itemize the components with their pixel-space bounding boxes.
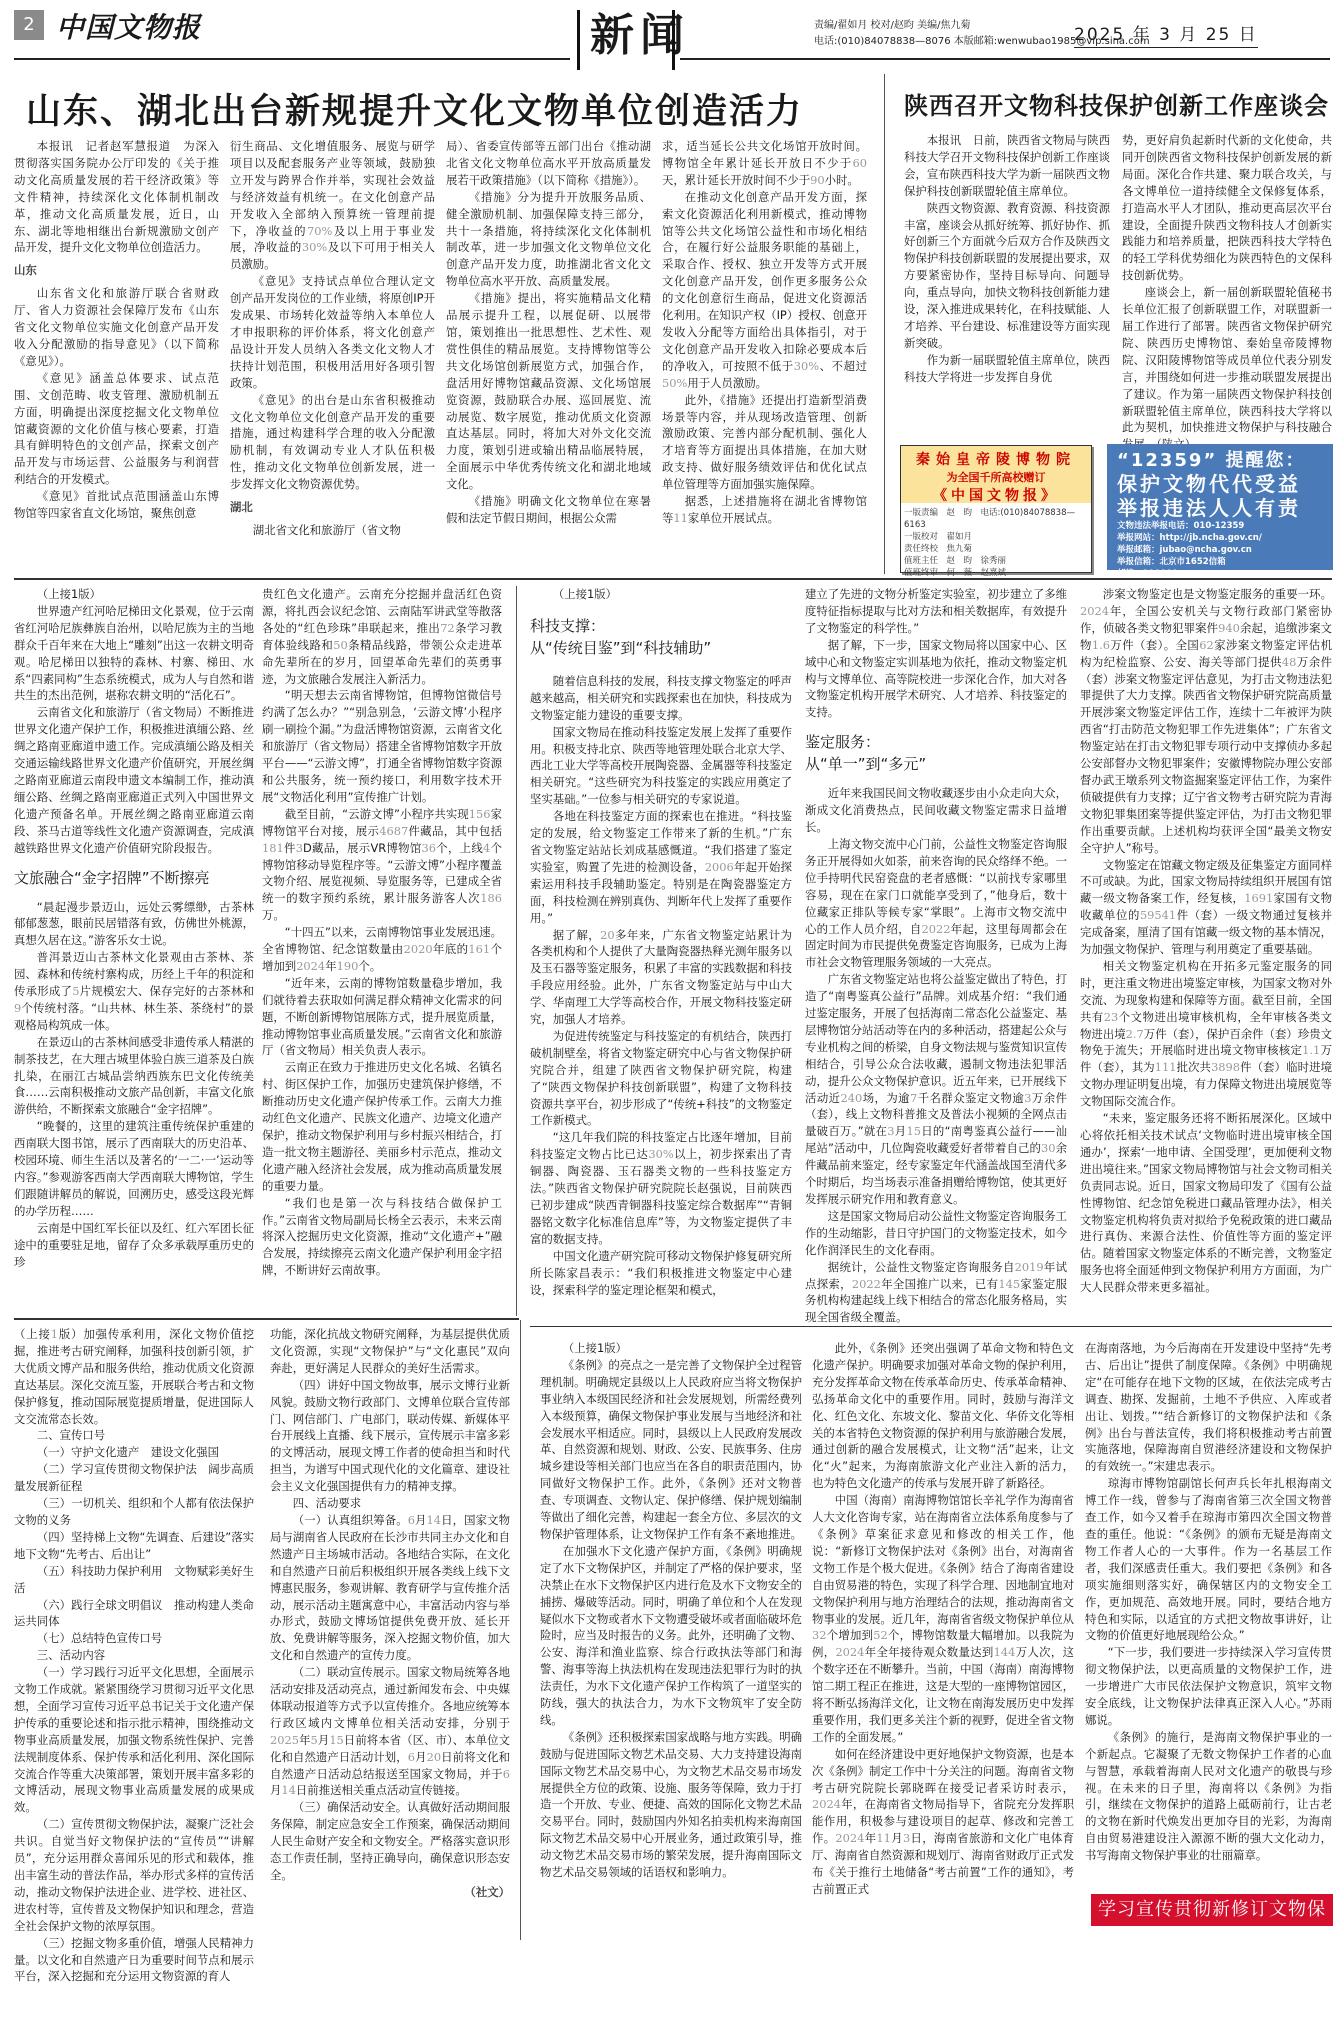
paragraph: 本报讯 记者赵军慧报道 为深入贯彻落实国务院办公厅印发的《关于推动文化高质量发展… <box>14 138 219 256</box>
paragraph: 在景迈山的古茶林间感受非遗传承人精湛的制茶技艺，在大理古城里体验白族三道茶及白族… <box>14 1034 254 1119</box>
paragraph: 局）、省委宣传部等五部门出台《推动湖北省文化文物单位高水平开放高质量发展若干政策… <box>446 138 651 189</box>
continued-from-label: （上接1版） <box>540 1340 802 1357</box>
paragraph: 云南正在致力于推进历史文化名城、名镇名村、街区保护工作，加强历史建筑保护修缮，不… <box>262 1059 502 1194</box>
masthead-rule-left <box>14 58 570 60</box>
paragraph: （五）科技助力保护利用 文物赋彩美好生活 <box>14 1563 254 1597</box>
masthead-rule-right <box>680 58 1330 60</box>
masthead-divider-left <box>577 10 580 70</box>
paragraph: 三、活动内容 <box>14 1647 254 1664</box>
article-headline-shaanxi: 陕西召开文物科技保护创新工作座谈会 <box>904 86 1329 121</box>
paragraph: 求，适当延长公共文化场馆开放时间。博物馆全年累计延长开放日不少于60天，累计延长… <box>662 138 867 189</box>
paragraph: 本报讯 日前，陕西省文物局与陕西科技大学召开文物科技保护创新工作座谈会，宣布陕西… <box>904 132 1110 200</box>
notice-column-2: 功能，深化抗战文物研究阐释，为基层提供优质文化资源，实现“文物保护”与“文化惠民… <box>270 1326 510 1901</box>
paragraph: “十四五”以来，云南博物馆事业发展迅速。全省博物馆、纪念馆数量由2020年底的1… <box>262 924 502 975</box>
yunnan-column-2: 贵红色文化遗产。云南充分挖掘并盘活红色资源，将扎西会议纪念馆、云南陆军讲武堂等散… <box>262 586 502 1279</box>
ad-12359-hotline: “12359” 提醒您： 保护文物代代受益 举报违法人人有责 文物违法举报电话：… <box>1107 444 1333 570</box>
paragraph: 《措施》分为提升开放服务品质、健全激励机制、加强保障支持三部分，共十一条措施，将… <box>446 189 651 290</box>
column-rule <box>516 586 517 1316</box>
region-subheading: 湖北 <box>230 499 435 516</box>
hotline-slogan-2: 举报违法人人有责 <box>1117 496 1323 520</box>
paragraph: 功能，深化抗战文物研究阐释，为基层提供优质文化资源，实现“文物保护”与“文化惠民… <box>270 1326 510 1377</box>
paragraph: 截至目前，“云游文博”小程序共实现156家博物馆平台对接，展示4687件藏品，其… <box>262 806 502 924</box>
paragraph: 势，更好肩负起新时代新的文化使命，共同开创陕西省文物科技保护创新发展的新局面。深… <box>1122 132 1332 284</box>
hainan-column-1: （上接1版） 《条例》的亮点之一是完善了文物保护全过程管理机制。明确规定县级以上… <box>540 1340 802 1881</box>
hainan-column-2: 此外，《条例》还突出强调了革命文物和特色文化遗产保护。明确要求加强对革命文物的保… <box>812 1340 1074 1898</box>
paragraph: 《措施》提出，将实施精品文化精品展示提升工程，以展促研、以展带馆，策划推出一批思… <box>446 290 651 493</box>
staff-row: 值班主任 赵 昀 徐秀丽 <box>904 555 1088 567</box>
paragraph: 《意见》首批试点范围涵盖山东博物馆等四家省直文化场馆，聚焦创意 <box>14 488 219 522</box>
paragraph: 《意见》涵盖总体要求、试点范围、文创范畴、收支管理、激励机制五方面，明确提出深度… <box>14 370 219 488</box>
paragraph: 据悉，上述措施将在湖北省博物馆等11家单位开展试点。 <box>662 493 867 527</box>
paragraph: 作为新一届联盟轮值主席单位，陕西科技大学将进一步发挥自身优 <box>904 352 1110 386</box>
paragraph: 二、宣传口号 <box>14 1427 254 1444</box>
paragraph: “我们也是第一次与科技结合做保护工作。”云南省文物局副局长杨全云表示，未来云南将… <box>262 1195 502 1280</box>
paragraph: （一）守护文化遗产 建设文化强国 <box>14 1444 254 1461</box>
staff-list: 一版责编 赵 昀 电话:(010)84078838—6163 一版校对 翟如月 … <box>901 503 1091 583</box>
paragraph: 如何在经济建设中更好地保护文物资源，也是本次《条例》制定工作中十分关注的问题。海… <box>812 1746 1074 1898</box>
article-headline-shandong-hubei: 山东、湖北出台新规提升文化文物单位创造活力 <box>26 84 803 134</box>
notice-column-1: （上接1版）加强传承利用，深化文物价值挖掘，推进考古研究阐释，加强科技创新引领，… <box>14 1326 254 1985</box>
paragraph: 文物鉴定在馆藏文物定级及征集鉴定方面同样不可或缺。为此，国家文物局持续组织开展国… <box>1080 857 1332 958</box>
masthead-divider-right <box>672 10 675 70</box>
paragraph: “这几年我们院的科技鉴定占比逐年增加，目前科技鉴定文物占比已达30%以上，初步探… <box>530 1129 792 1247</box>
paragraph: 近年来我国民间文物收藏逐步由小众走向大众，渐成文化消费热点，民间收藏文物鉴定需求… <box>805 785 1067 836</box>
paragraph: 陕西文物资源、教育资源、科技资源丰富，座谈会从抓好统筹、抓好协作、抓好创新三个方… <box>904 200 1110 352</box>
ad-qin-mausoleum: 秦始皇帝陵博物院 为全国千所高校赠订 《中国文物报》 一版责编 赵 昀 电话:(… <box>900 445 1092 573</box>
paragraph: （一）学习践行习近平文化思想，全面展示文物工作成就。紧紧围绕学习贯彻习近平文化思… <box>14 1664 254 1816</box>
paragraph: （七）总结特色宣传口号 <box>14 1630 254 1647</box>
paragraph: 各地在科技鉴定方面的探索也在推进。“科技鉴定的发展，给文物鉴定工作带来了新的生机… <box>530 808 792 926</box>
subheading-tech-support-2: 从“传统目鉴”到“科技辅助” <box>530 637 792 659</box>
paragraph: 云南省文化和旅游厅（省文物局）不断推进世界文化遗产保护工作，积极推进滇缅公路、丝… <box>14 704 254 856</box>
paragraph: 四、活动要求 <box>270 1495 510 1512</box>
paragraph: 相关文物鉴定机构在开拓多元鉴定服务的同时，更注重文物进出境鉴定审核，为国家文物对… <box>1080 958 1332 1110</box>
section-divider <box>14 1318 519 1320</box>
paragraph: 涉案文物鉴定也是文物鉴定服务的重要一环。2024年，全国公安机关与文物行政部门紧… <box>1080 586 1332 857</box>
paragraph: 《意见》的出台是山东省积极推动文化文物单位文化创意产品开发的重要措施，通过构建科… <box>230 392 435 493</box>
subheading-tech-support: 科技支撑： <box>530 615 792 637</box>
paragraph: “晨起漫步景迈山，远处云雾缥缈，古茶林郁郁葱葱，眼前民居错落有致，仿佛世外桃源，… <box>14 899 254 950</box>
article1-column-1: 本报讯 记者赵军慧报道 为深入贯彻落实国务院办公厅印发的《关于推动文化高质量发展… <box>14 138 219 522</box>
paragraph: （二）宣传贯彻文物保护法，凝聚广泛社会共识。自觉当好文物保护法的“宣传员”“讲解… <box>14 1816 254 1934</box>
paragraph: 《条例》的施行，是海南文物保护事业的一个新起点。它凝聚了无数文物保护工作者的心血… <box>1085 1729 1332 1864</box>
identification-column-3: 涉案文物鉴定也是文物鉴定服务的重要一环。2024年，全国公安机关与文物行政部门紧… <box>1080 586 1332 1296</box>
continued-from-label: （上接1版） <box>14 586 254 603</box>
paragraph: （六）践行全球文明倡议 推动构建人类命运共同体 <box>14 1597 254 1631</box>
paragraph: “近年来，云南的博物馆数量稳步增加，我们就待着去获取如何满足群众精神文化需求的问… <box>262 975 502 1060</box>
section-subheading: 文旅融合“金字招牌”不断擦亮 <box>14 867 254 889</box>
paragraph: （四）坚持梯上文物“先调查、后建设”落实地下文物“先考古、后出让” <box>14 1529 254 1563</box>
continued-from-label: （上接1版） <box>530 586 792 603</box>
article2-column-2: 势，更好肩负起新时代新的文化使命，共同开创陕西省文物科技保护创新发展的新局面。深… <box>1122 132 1332 453</box>
hainan-column-3: 在海南落地，为今后海南在开发建设中坚持“先考古、后出让”提供了制度保障。《条例》… <box>1085 1340 1332 1864</box>
section-subheading: 鉴定服务：从“单一”到“多元” <box>805 731 1067 775</box>
newspaper-logo: 中国文物报 <box>56 6 201 46</box>
paragraph: 云南是中国红军长征以及红、红六军团长征途中的重要驻足地，留存了众多承载厚重历史的… <box>14 1220 254 1271</box>
paragraph: 世界遗产红河哈尼梯田文化景观，位于云南省红河哈尼族彝族自治州，以哈尼族为主的当地… <box>14 603 254 704</box>
article1-column-2: 衍生商品、文化增值服务、展览与研学项目以及配套服务产业等领域，鼓励独立开发与跨界… <box>230 138 435 539</box>
paragraph: 在加强水下文化遗产保护方面，《条例》明确规定了水下文物保护区，并制定了严格的保护… <box>540 1543 802 1729</box>
paragraph: 在推动文化创意产品开发方面，探索文化资源活化利用新模式，推动博物馆等公共文化场馆… <box>662 189 867 392</box>
paragraph: 此外，《条例》还突出强调了革命文物和特色文化遗产保护。明确要求加强对革命文物的保… <box>812 1340 1074 1492</box>
hotline-email[interactable]: 举报邮箱：jubao@ncha.gov.cn <box>1117 544 1323 556</box>
hainan-body-1: 《条例》的亮点之一是完善了文物保护全过程管理机制。明确规定县级以上人民政府应当将… <box>540 1357 802 1881</box>
column-rule <box>884 74 885 574</box>
column-rule <box>520 1320 521 1940</box>
identification-column-1: （上接1版） 科技支撑： 从“传统目鉴”到“科技辅助” 随着信息科技的发展，科技… <box>530 586 792 1298</box>
paragraph: 建立了先进的文物分析鉴定实验室，初步建立了多维度特征指标提取与比对方法和相关数据… <box>805 586 1067 637</box>
identification-column-2: 建立了先进的文物分析鉴定实验室，初步建立了多维度特征指标提取与比对方法和相关数据… <box>805 586 1067 1326</box>
paragraph: 国家文物局在推动科技鉴定发展上发挥了重要作用。积极支持北京、陕西等地管理处联合北… <box>530 724 792 809</box>
promo-banner: 学习宣传贯彻新修订文物保护法 <box>1091 1894 1333 1926</box>
paragraph: 座谈会上，新一届创新联盟轮值秘书长单位汇报了创新联盟工作，对联盟新一届工作进行了… <box>1122 284 1332 453</box>
paragraph: 琼海市博物馆副馆长何声兵长年扎根海南文博工作一线，曾参与了海南省第三次全国文物普… <box>1085 1475 1332 1644</box>
paragraph: 据了解，下一步，国家文物局将以国家中心、区域中心和文物鉴定实训基地为依托，推动文… <box>805 637 1067 722</box>
paragraph: 据了解，20多年来，广东省文物鉴定站累计为各类机构和个人提供了大量陶瓷器热释光测… <box>530 927 792 1028</box>
article1-column-4: 求，适当延长公共文化场馆开放时间。博物馆全年累计延长开放日不少于60天，累计延长… <box>662 138 867 527</box>
paragraph: （上接1版）加强传承利用，深化文物价值挖掘，推进考古研究阐释，加强科技创新引领，… <box>14 1326 254 1427</box>
section-title: 新闻 <box>590 8 690 64</box>
region-subheading: 山东 <box>14 262 219 279</box>
paragraph: （四）讲好中国文物故事，展示文博行业新风貌。鼓励文物行政部门、文博单位联合宣传部… <box>270 1377 510 1495</box>
paragraph: 广东省文物鉴定站也将公益鉴定做出了特色，打造了“南粤鉴真公益行”品牌。刘成基介绍… <box>805 971 1067 1208</box>
section-divider <box>530 1326 1332 1327</box>
paragraph: （二）联动宣传展示。国家文物局统筹各地活动安排及活动亮点，通过新闻发布会、中央媒… <box>270 1664 510 1799</box>
paragraph: 为促进传统鉴定与科技鉴定的有机结合，陕西打破机制壁垒，将省文物鉴定研究中心与省文… <box>530 1028 792 1129</box>
paragraph: 湖北省文化和旅游厅（省文物 <box>230 522 435 539</box>
paragraph: “晚餐的，这里的建筑注重传统保护重建的西南联大图书馆，展示了西南联大的历史沿革、… <box>14 1118 254 1219</box>
paragraph: 上海文物交流中心门前，公益性文物鉴定咨询服务正开展得如火如荼，前来咨询的民众络绎… <box>805 836 1067 971</box>
article2-column-1: 本报讯 日前，陕西省文物局与陕西科技大学召开文物科技保护创新工作座谈会，宣布陕西… <box>904 132 1110 386</box>
paragraph: 《条例》的亮点之一是完善了文物保护全过程管理机制。明确规定县级以上人民政府应当将… <box>540 1357 802 1543</box>
paragraph: （二）学习宣传贯彻文物保护法 阔步高质量发展新征程 <box>14 1461 254 1495</box>
paragraph: （三）确保活动安全。认真做好活动期间服务保障，制定应急安全工作预案，确保活动期间… <box>270 1799 510 1884</box>
paragraph: 《措施》明确文化文物单位在寒暑假和法定节假日期间，根据公众需 <box>446 493 651 527</box>
paragraph: “下一步，我们要进一步持续深入学习宣传贯彻文物保护法，以更高质量的文物保护工作，… <box>1085 1644 1332 1729</box>
paragraph: 在海南落地，为今后海南在开发建设中坚持“先考古、后出让”提供了制度保障。《条例》… <box>1085 1340 1332 1475</box>
identification-body-1: 随着信息科技的发展，科技支撑文物鉴定的呼声越来越高，相关研究和实践探索也在加快，… <box>530 673 792 1299</box>
paragraph: 衍生商品、文化增值服务、展览与研学项目以及配套服务产业等领域，鼓励独立开发与跨界… <box>230 138 435 273</box>
paragraph: （一）认真组织筹备。6月14日，国家文物局与湖南省人民政府在长沙市共同主办文化和… <box>270 1512 510 1664</box>
page-number: 2 <box>14 10 44 40</box>
ad-paper-name: 《中国文物报》 <box>901 485 1091 505</box>
paragraph: 普洱景迈山古茶林文化景观由古茶林、茶园、森林和传统村寨构成，历经上千年的积淀和传… <box>14 949 254 1034</box>
issue-date: 2025 年 3 月 25 日 <box>1074 20 1258 48</box>
yunnan-body-1: 世界遗产红河哈尼梯田文化景观，位于云南省红河哈尼族彝族自治州，以哈尼族为主的当地… <box>14 603 254 1271</box>
staff-row: 一版校对 翟如月 <box>904 531 1088 543</box>
paragraph: 山东省文化和旅游厅联合省财政厅、省人力资源社会保障厅发布《山东省文化文物单位实施… <box>14 285 219 370</box>
paragraph: “未来，鉴定服务还将不断拓展深化。区域中心将依托相关技术试点‘文物临时进出境审核… <box>1080 1110 1332 1296</box>
hotline-phone: 文物违法举报电话：010-12359 <box>1117 520 1323 532</box>
article1-column-3: 局）、省委宣传部等五部门出台《推动湖北省文化文物单位高水平开放高质量发展若干政策… <box>446 138 651 527</box>
hotline-heading: “12359” 提醒您： <box>1117 450 1323 472</box>
paragraph: 《条例》还积极探索国家战略与地方实践。明确鼓励与促进国际文物艺术品交易、大力支持… <box>540 1729 802 1881</box>
ad-subtitle: 为全国千所高校赠订 <box>901 469 1091 485</box>
hotline-mailbox: 举报信箱：北京市1652信箱 <box>1117 556 1323 568</box>
staff-row: 一版责编 赵 昀 电话:(010)84078838—6163 <box>904 507 1088 531</box>
ad-title: 秦始皇帝陵博物院 <box>901 446 1091 469</box>
paragraph: 此外，《措施》还提出打造新型消费场景等内容，并从现场改造管理、创新激励政策、完善… <box>662 392 867 493</box>
paragraph: 中国（海南）南海博物馆馆长辛礼学作为海南省人大文化咨询专家，站在海南省立法体系角… <box>812 1492 1074 1746</box>
paragraph: 随着信息科技的发展，科技支撑文物鉴定的呼声越来越高，相关研究和实践探索也在加快，… <box>530 673 792 724</box>
section-divider <box>14 578 1332 580</box>
hotline-slogan-1: 保护文物代代受益 <box>1117 472 1323 496</box>
paragraph: （三）挖掘文物多重价值，增强人民精神力量。以文化和自然遗产日为重要时间节点和展示… <box>14 1935 254 1986</box>
staff-row: 责任终校 焦九菊 <box>904 543 1088 555</box>
paragraph: 中国文化遗产研究院可移动文物保护修复研究所所长陈家昌表示：“我们积极推进文物鉴定… <box>530 1248 792 1299</box>
hotline-website[interactable]: 举报网站：http://jb.ncha.gov.cn/ <box>1117 532 1323 544</box>
paragraph: 贵红色文化遗产。云南充分挖掘并盘活红色资源，将扎西会议纪念馆、云南陆军讲武堂等散… <box>262 586 502 687</box>
ad-header: 秦始皇帝陵博物院 为全国千所高校赠订 《中国文物报》 <box>901 446 1091 503</box>
paragraph: 据统计，公益性文物鉴定咨询服务自2019年试点探索，2022年全国推广以来，已有… <box>805 1259 1067 1327</box>
yunnan-column-1: （上接1版） 世界遗产红河哈尼梯田文化景观，位于云南省红河哈尼族彝族自治州，以哈… <box>14 586 254 1270</box>
paragraph: 《意见》支持试点单位合理认定文创产品开发岗位的工作业绩，将原创IP开发成果、市场… <box>230 273 435 391</box>
byline: （社文） <box>270 1884 510 1901</box>
paragraph: （三）一切机关、组织和个人都有依法保护文物的义务 <box>14 1495 254 1529</box>
paragraph: “明天想去云南省博物馆，但博物馆微信号约满了怎么办？”“别急别急，‘云游文博’小… <box>262 687 502 805</box>
paragraph: 这是国家文物局启动公益性文物鉴定咨询服务工作的生动缩影，昔日守护国门的文物鉴定技… <box>805 1208 1067 1259</box>
